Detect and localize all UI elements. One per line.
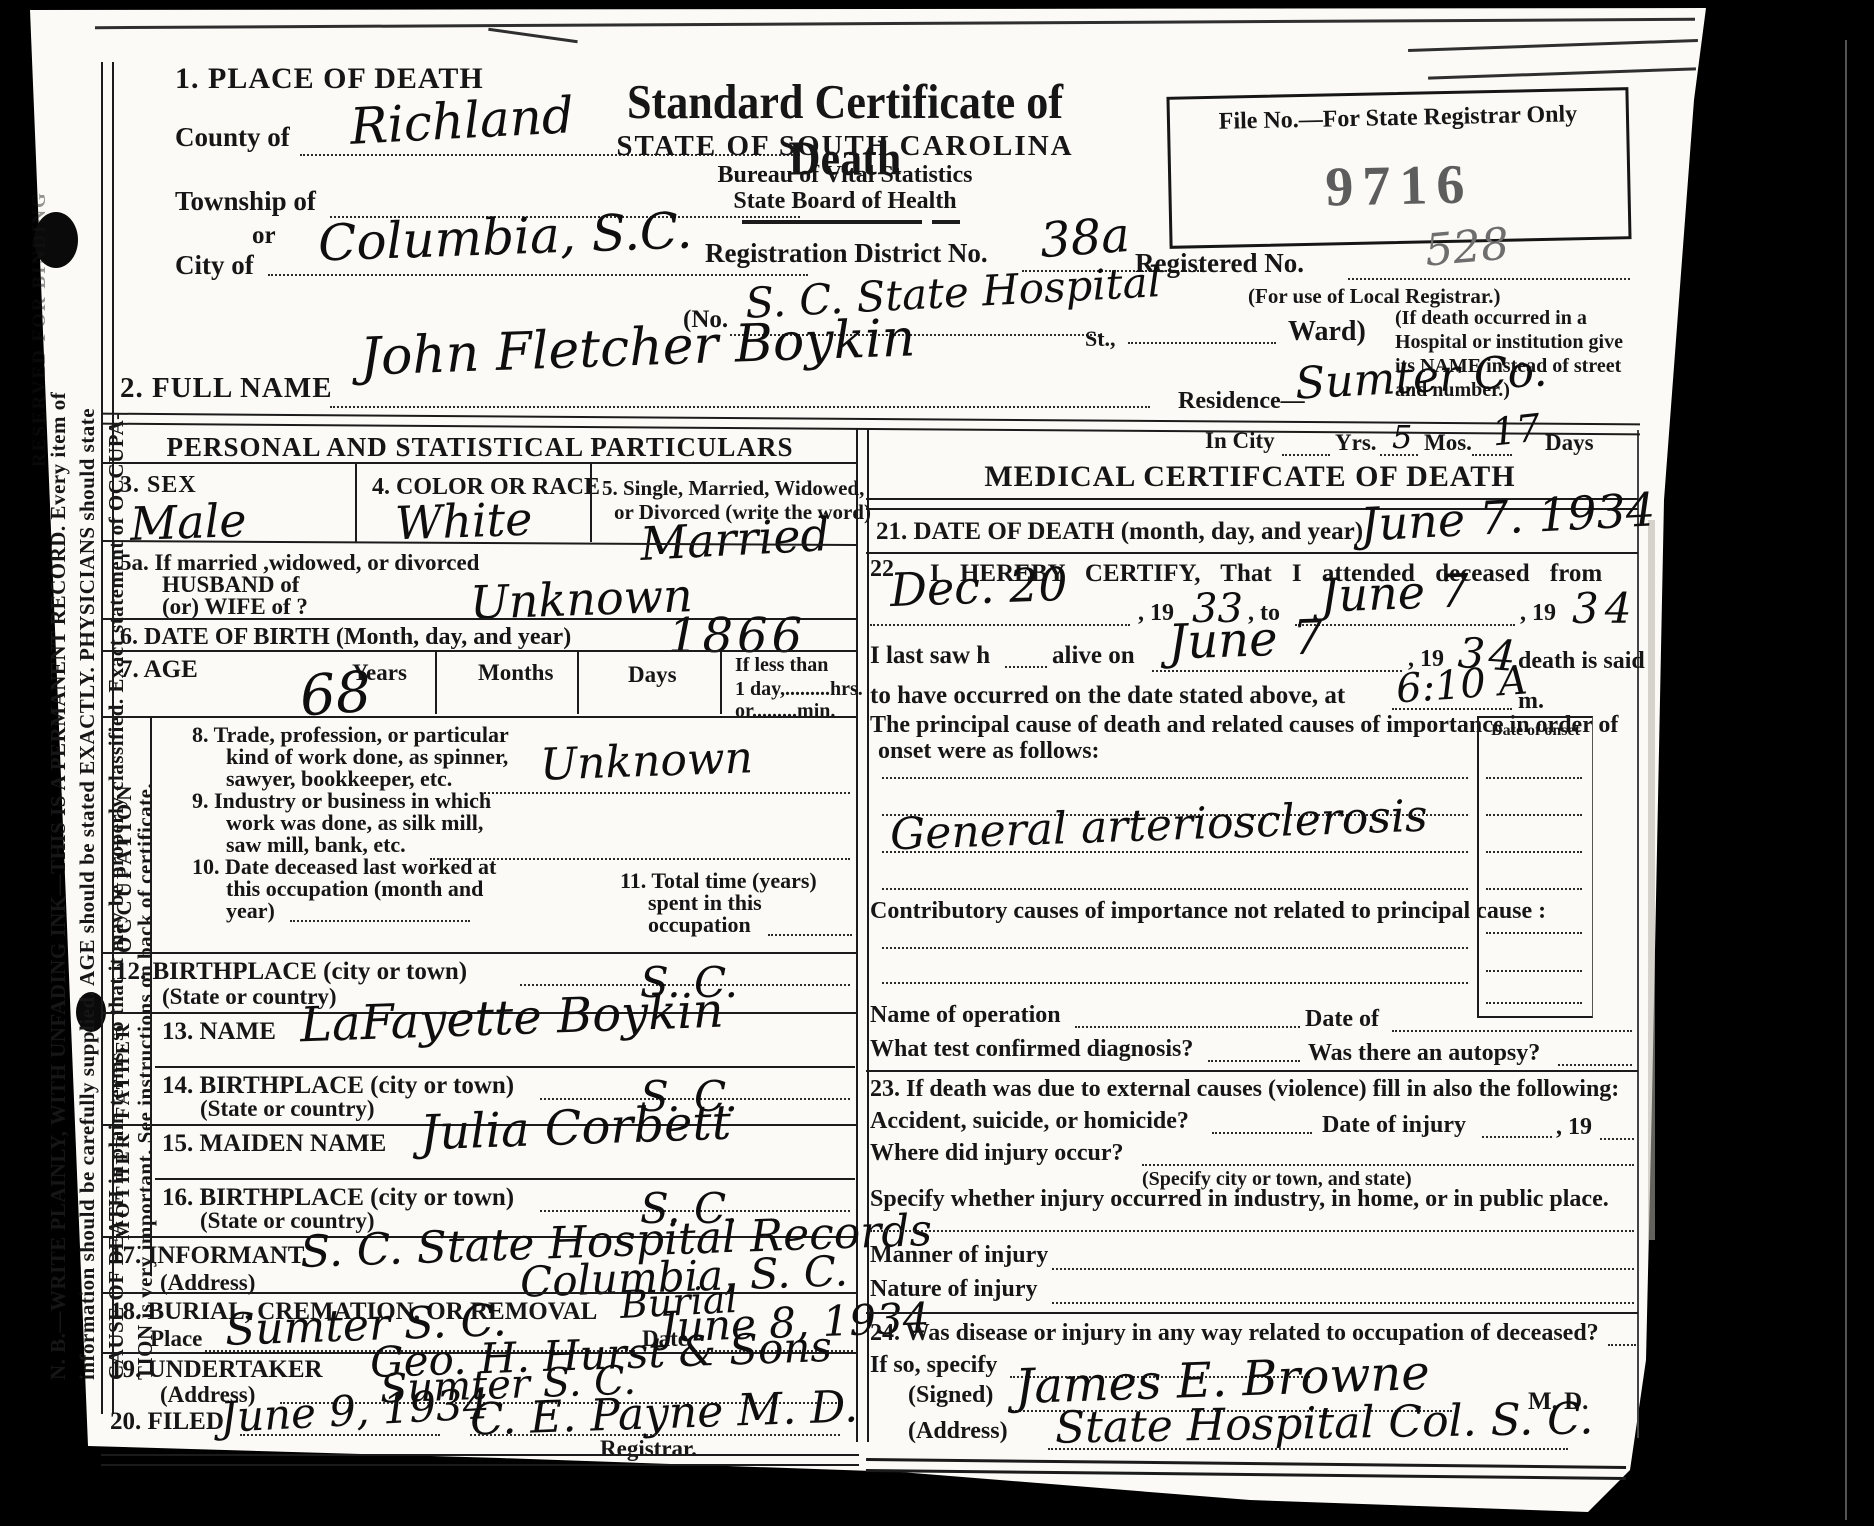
item24-label: 24. Was disease or injury in any way rel… [870,1320,1599,1347]
dotted-line [870,1228,1634,1232]
date-of-onset-box: Date of onset [1477,716,1593,1018]
form-right-border [1637,430,1639,1438]
date-of-death-label: 21. DATE OF DEATH (month, day, and year) [876,518,1363,546]
mother-maiden-label: 15. MAIDEN NAME [162,1130,386,1158]
rule [155,1066,855,1068]
rule [101,462,856,464]
board-line: State Board of Health [565,188,1125,215]
dotted-line [1558,1062,1632,1066]
dotted-line [1486,1000,1582,1004]
rule [101,650,856,652]
dotted-line [1142,1162,1634,1166]
occurred-label: to have occurred on the date stated abov… [870,682,1345,710]
item23-label: 23. If death was due to external causes … [870,1076,1619,1103]
test-label: What test confirmed diagnosis? [870,1036,1193,1063]
dotted-line [1282,452,1330,456]
rule [866,1312,1638,1314]
dotted-line [1348,276,1630,280]
marital-label-1: 5. Single, Married, Widowed, [602,476,864,501]
item10-label-3: year) [226,898,275,924]
file-number-box: File No.—For State Registrar Only 9716 [1166,87,1631,249]
page-fold-shadow [1648,520,1655,1240]
cell-divider [435,650,437,714]
if-less-than-label-3: or.........min. [735,700,835,723]
rule [101,952,856,954]
full-name-label: 2. FULL NAME [120,372,333,405]
dotted-line [1212,1130,1312,1134]
file-number-value: 9716 [1171,149,1628,223]
last-saw-suffix: alive on [1052,642,1135,670]
birthplace12-label: 12. BIRTHPLACE (city or town) [115,958,467,986]
scanned-death-certificate: RESERVED FOR BINDING N. B.—WRITE PLAINLY… [0,0,1874,1526]
operation-label: Name of operation [870,1002,1061,1029]
dotted-line [882,886,1468,890]
mother-side-label: MOTHER [112,1132,135,1240]
title-rule [742,220,922,224]
dotted-line [1052,1266,1634,1270]
where-injury-label: Where did injury occur? [870,1140,1124,1167]
rule [866,1070,1638,1072]
dotted-line [1486,812,1582,816]
cell-divider [590,462,592,542]
yrs-label: Yrs. [1335,430,1377,456]
manner-injury-label: Manner of injury [870,1242,1048,1269]
autopsy-label: Was there an autopsy? [1308,1040,1540,1067]
specify-where-text: Specify whether injury occurred in indus… [870,1186,1609,1213]
dotted-line [1486,775,1582,779]
city-label: City of [175,250,254,281]
dotted-line [1486,849,1582,853]
residence-days-value: 17 [1490,406,1543,455]
death-is-said-text: death is said [1518,648,1645,675]
burial-place-label: Place [150,1326,202,1352]
bureau-line: Bureau of Vital Statistics [565,162,1125,189]
dotted-line [330,404,1150,408]
dotted-line [882,980,1468,984]
if-less-than-label-1: If less than [735,654,828,677]
days-label: Days [1545,430,1594,456]
dotted-line [268,272,808,276]
registered-no-value: 528 [1423,218,1511,276]
dotted-line [882,945,1468,949]
father-side-label: FATHER [112,1020,135,1120]
age-label: 7. AGE [120,656,198,684]
margin-line-2: information should be carefully supplied… [73,80,102,1380]
attended-from-value: Dec. 20 [889,557,1068,617]
dotted-line [768,932,852,936]
filed-label: 20. FILED [110,1408,224,1436]
dotted-line [1005,664,1047,668]
dotted-line [1486,886,1582,890]
margin-line-1: N. B.—WRITE PLAINLY, WITH UNFADING INK—T… [44,80,73,1380]
dotted-line [290,918,470,922]
attended-to-value: June 7 [1319,563,1470,622]
place-of-death-title: 1. PLACE OF DEATH [175,62,484,96]
ward-label: Ward) [1288,316,1366,348]
date-of-onset-header: Date of onset [1479,722,1592,740]
dotted-line [1486,930,1582,934]
father-name-label: 13. NAME [162,1018,276,1046]
margin-line-4: TION is very important. See instructions… [131,80,160,1380]
informant-label: 17. INFORMANT [110,1242,304,1270]
dotted-line [1208,1058,1300,1062]
residence-yrs-value: 5 [1392,418,1412,456]
dotted-line [1295,622,1515,626]
signed-address-value: State Hospital Col. S. C. [1055,1393,1594,1453]
item11-label-3: occupation [648,912,751,938]
marital-value: Married [639,507,831,571]
dotted-line [1392,1028,1632,1032]
county-value: Richland [349,86,576,156]
rule [866,552,1638,554]
state-line: STATE OF SOUTH CAROLINA [565,130,1125,163]
signed-address-label: (Address) [908,1418,1008,1445]
year19-print: , 19 [1520,600,1556,627]
item8-value: Unknown [539,732,754,790]
mother-maiden-value: Julia Corbett [419,1095,732,1162]
cell-divider [577,650,579,714]
township-label: Township of [175,186,316,217]
state-country-label: (State or country) [200,1096,375,1122]
last-saw-prefix: I last saw h [870,642,990,670]
date-of-birth-label: 6. DATE OF BIRTH (Month, day, and year) [120,624,571,651]
personal-section-title: PERSONAL AND STATISTICAL PARTICULARS [110,432,850,463]
nature-injury-label: Nature of injury [870,1276,1038,1303]
dotted-line [1482,1134,1552,1138]
dotted-line [1052,1300,1634,1304]
dotted-line [1128,340,1276,344]
if-so-specify-label: If so, specify [870,1352,997,1379]
title-rule-dash [932,220,960,224]
scan-edge-line [1845,40,1847,1520]
cell-divider [720,650,722,714]
column-divider [856,428,869,1442]
dotted-line [480,790,850,794]
contributory-label: Contributory causes of importance not re… [870,898,1546,925]
dotted-line [1600,1136,1634,1140]
residence-label: Residence— [1178,388,1305,415]
dotted-line [1608,1342,1636,1346]
rule [155,1178,855,1180]
dotted-line [882,775,1468,779]
nineteen-label: , 19 [1556,1114,1592,1141]
rule [101,1292,856,1294]
county-label: County of [175,122,290,153]
m-label: m. [1518,688,1544,715]
injury-date-label: Date of injury [1322,1112,1466,1139]
husband-wife-value: Unknown [469,568,693,630]
dotted-line [1075,1024,1300,1028]
registration-district-label: Registration District No. [705,238,988,269]
age-years-value: 68 [298,660,374,730]
accident-label: Accident, suicide, or homicide? [870,1108,1189,1135]
occurred-time-value: 6:10 A [1395,657,1529,712]
attended-to-year: 34 [1572,584,1637,633]
st-label: St., [1085,326,1116,352]
age-days-label: Days [628,662,677,688]
undertaker-label: 19. UNDERTAKER [110,1356,323,1384]
or-label: or [252,222,276,250]
age-months-label: Months [478,660,553,686]
dotted-line [1486,968,1582,972]
file-number-label: File No.—For State Registrar Only [1170,100,1626,137]
signed-label: (Signed) [908,1382,993,1409]
if-less-than-label-2: 1 day,.........hrs. [735,678,863,701]
rule [101,716,856,718]
in-city-label: In City [1205,428,1275,454]
operation-date-label: Date of [1305,1006,1379,1033]
husband-wife-label-3: (or) WIFE of ? [162,594,308,620]
cell-divider [355,462,357,542]
dotted-line [870,622,1130,626]
principal-cause-line2: onset were as follows: [878,738,1100,765]
last-saw-value: June 7 [1167,609,1324,670]
mos-label: Mos. [1424,430,1472,456]
left-bottom-border [101,1454,859,1466]
